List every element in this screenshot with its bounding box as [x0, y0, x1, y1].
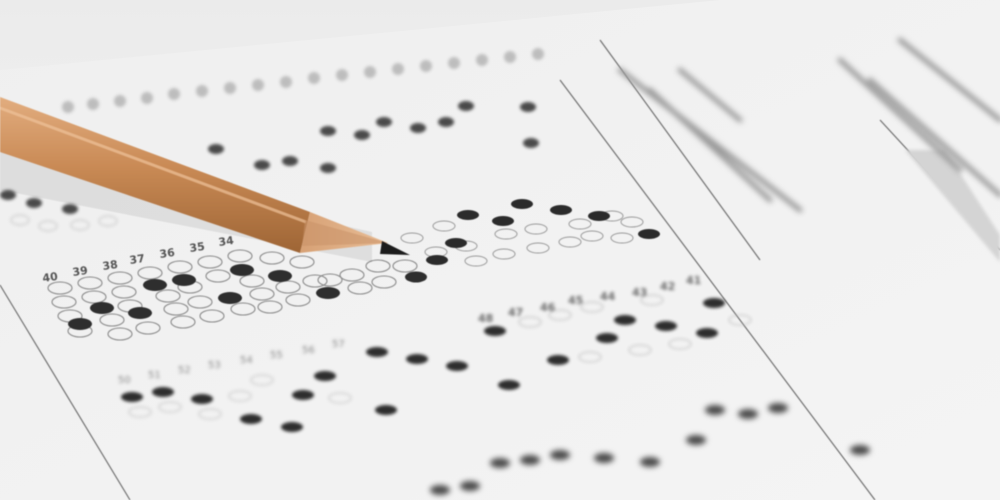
svg-text:37: 37	[129, 252, 146, 267]
svg-text:35: 35	[189, 240, 206, 255]
svg-text:42: 42	[660, 280, 675, 293]
svg-text:43: 43	[632, 286, 647, 299]
svg-text:38: 38	[102, 258, 119, 273]
answer-sheet-photo: 40 39 38 37 36 35 34	[0, 0, 1000, 500]
svg-text:47: 47	[508, 306, 523, 319]
svg-text:39: 39	[72, 264, 89, 279]
svg-text:54: 54	[240, 355, 253, 366]
svg-text:55: 55	[270, 350, 283, 361]
svg-text:50: 50	[118, 375, 131, 386]
svg-text:56: 56	[302, 345, 315, 356]
answer-sheet: 40 39 38 37 36 35 34	[0, 0, 1000, 500]
svg-text:52: 52	[178, 365, 191, 376]
svg-text:46: 46	[540, 301, 556, 314]
svg-text:44: 44	[600, 290, 616, 303]
svg-text:53: 53	[208, 360, 221, 371]
svg-text:45: 45	[568, 294, 583, 307]
paper	[0, 0, 1000, 500]
svg-text:57: 57	[332, 339, 345, 350]
svg-text:41: 41	[686, 274, 701, 287]
svg-text:48: 48	[478, 312, 493, 325]
svg-text:51: 51	[148, 370, 161, 381]
svg-text:36: 36	[159, 246, 176, 261]
svg-text:34: 34	[218, 234, 235, 249]
